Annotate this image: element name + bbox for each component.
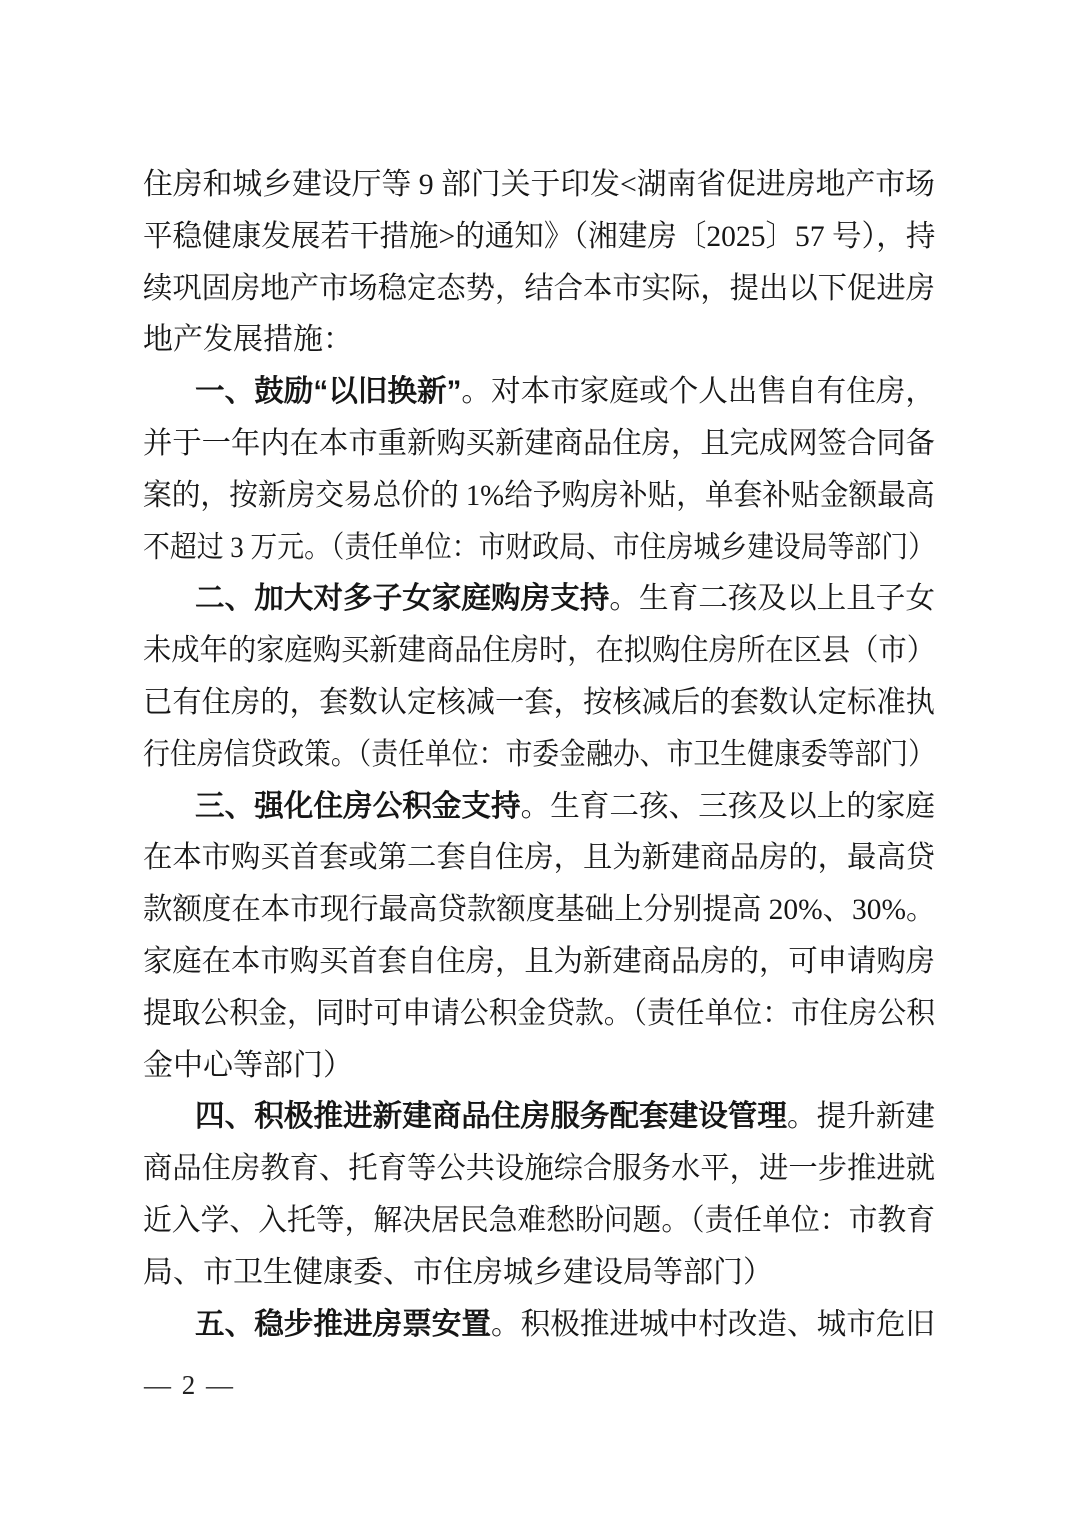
text-line: 并于一年内在本市重新购买新建商品住房，且完成网签合同备 [143, 418, 935, 470]
text-line-content: 商品住房教育、托育等公共设施综合服务水平，进一步推进就 [143, 1143, 935, 1195]
page-number: — 2 — [144, 1370, 235, 1400]
page-footer: — 2 — [144, 1363, 235, 1407]
text-line-content: 局、市卫生健康委、市住房城乡建设局等部门） [143, 1247, 773, 1299]
body-text: 家庭在本市购买首套自住房，且为新建商品房的，可申请购房 [143, 945, 935, 978]
text-line: 续巩固房地产市场稳定态势，结合本市实际，提出以下促进房 [143, 263, 935, 315]
body-text: 。提升新建 [787, 1100, 935, 1133]
text-line-content: 不超过 3 万元。（责任单位：市财政局、市住房城乡建设局等部门） [143, 522, 935, 574]
text-line-content: 并于一年内在本市重新购买新建商品住房，且完成网签合同备 [143, 418, 935, 470]
body-text: 近入学、入托等，解决居民急难愁盼问题。（责任单位：市教育 [143, 1204, 935, 1237]
text-line: 二、加大对多子女家庭购房支持。生育二孩及以上且子女 [143, 573, 935, 625]
text-line: 未成年的家庭购买新建商品住房时，在拟购住房所在区县（市） [143, 625, 935, 677]
body-text: 案的，按新房交易总价的 1%给予购房补贴，单套补贴金额最高 [143, 479, 935, 512]
text-line-content: 一、鼓励“以旧换新”。对本市家庭或个人出售自有住房， [195, 366, 935, 418]
text-line-content: 四、积极推进新建商品住房服务配套建设管理。提升新建 [195, 1091, 935, 1143]
text-line: 局、市卫生健康委、市住房城乡建设局等部门） [143, 1247, 935, 1299]
text-line-content: 续巩固房地产市场稳定态势，结合本市实际，提出以下促进房 [143, 263, 935, 315]
body-text: 提取公积金，同时可申请公积金贷款。（责任单位：市住房公积 [143, 997, 935, 1030]
section-heading: 一、鼓励“以旧换新” [195, 375, 461, 408]
body-text: 局、市卫生健康委、市住房城乡建设局等部门） [143, 1256, 773, 1289]
text-line: 金中心等部门） [143, 1040, 935, 1092]
body-text: 。生育二孩、三孩及以上的家庭 [521, 790, 935, 823]
text-line-content: 款额度在本市现行最高贷款额度基础上分别提高 20%、30%。 [143, 884, 935, 936]
body-text: 平稳健康发展若干措施>的通知》（湘建房〔2025〕57 号），持 [143, 220, 935, 253]
body-text: 行住房信贷政策。（责任单位：市委金融办、市卫生健康委等部门） [143, 738, 935, 771]
text-line-content: 在本市购买首套或第二套自住房，且为新建商品房的，最高贷 [143, 832, 935, 884]
section-heading: 二、加大对多子女家庭购房支持 [195, 582, 609, 615]
text-line: 不超过 3 万元。（责任单位：市财政局、市住房城乡建设局等部门） [143, 522, 935, 574]
body-text: 并于一年内在本市重新购买新建商品住房，且完成网签合同备 [143, 427, 935, 460]
body-text: 款额度在本市现行最高贷款额度基础上分别提高 20%、30%。 [143, 893, 935, 926]
body-text: 商品住房教育、托育等公共设施综合服务水平，进一步推进就 [143, 1152, 935, 1185]
text-line: 在本市购买首套或第二套自住房，且为新建商品房的，最高贷 [143, 832, 935, 884]
text-line-content: 提取公积金，同时可申请公积金贷款。（责任单位：市住房公积 [143, 988, 935, 1040]
body-text: 在本市购买首套或第二套自住房，且为新建商品房的，最高贷 [143, 841, 935, 874]
body-text: 。生育二孩及以上且子女 [609, 582, 935, 615]
text-line: 三、强化住房公积金支持。生育二孩、三孩及以上的家庭 [143, 781, 935, 833]
text-line: 已有住房的，套数认定核减一套，按核减后的套数认定标准执 [143, 677, 935, 729]
body-text: 。积极推进城中村改造、城市危旧 [491, 1308, 935, 1341]
text-line-content: 五、稳步推进房票安置。积极推进城中村改造、城市危旧 [195, 1299, 935, 1351]
text-line: 家庭在本市购买首套自住房，且为新建商品房的，可申请购房 [143, 936, 935, 988]
text-block: 住房和城乡建设厅等 9 部门关于印发<湖南省促进房地产市场平稳健康发展若干措施>… [143, 159, 935, 1350]
text-line-content: 三、强化住房公积金支持。生育二孩、三孩及以上的家庭 [195, 781, 935, 833]
text-line-content: 案的，按新房交易总价的 1%给予购房补贴，单套补贴金额最高 [143, 470, 935, 522]
text-line: 平稳健康发展若干措施>的通知》（湘建房〔2025〕57 号），持 [143, 211, 935, 263]
document-page: 住房和城乡建设厅等 9 部门关于印发<湖南省促进房地产市场平稳健康发展若干措施>… [0, 0, 1074, 1520]
text-line: 住房和城乡建设厅等 9 部门关于印发<湖南省促进房地产市场 [143, 159, 935, 211]
text-line-content: 平稳健康发展若干措施>的通知》（湘建房〔2025〕57 号），持 [143, 211, 935, 263]
text-line: 一、鼓励“以旧换新”。对本市家庭或个人出售自有住房， [143, 366, 935, 418]
section-heading: 五、稳步推进房票安置 [195, 1308, 491, 1341]
text-line: 近入学、入托等，解决居民急难愁盼问题。（责任单位：市教育 [143, 1195, 935, 1247]
text-line-content: 已有住房的，套数认定核减一套，按核减后的套数认定标准执 [143, 677, 935, 729]
text-line-content: 地产发展措施： [143, 314, 353, 366]
text-line: 案的，按新房交易总价的 1%给予购房补贴，单套补贴金额最高 [143, 470, 935, 522]
body-text: 住房和城乡建设厅等 9 部门关于印发<湖南省促进房地产市场 [143, 168, 935, 201]
section-heading: 四、积极推进新建商品住房服务配套建设管理 [195, 1100, 787, 1133]
text-line: 款额度在本市现行最高贷款额度基础上分别提高 20%、30%。 [143, 884, 935, 936]
body-text: 地产发展措施： [143, 323, 353, 356]
body-text: 不超过 3 万元。（责任单位：市财政局、市住房城乡建设局等部门） [143, 531, 935, 564]
text-line: 五、稳步推进房票安置。积极推进城中村改造、城市危旧 [143, 1299, 935, 1351]
text-line: 行住房信贷政策。（责任单位：市委金融办、市卫生健康委等部门） [143, 729, 935, 781]
text-line-content: 近入学、入托等，解决居民急难愁盼问题。（责任单位：市教育 [143, 1195, 935, 1247]
text-line-content: 二、加大对多子女家庭购房支持。生育二孩及以上且子女 [195, 573, 935, 625]
text-line-content: 行住房信贷政策。（责任单位：市委金融办、市卫生健康委等部门） [143, 729, 935, 781]
body-text: 未成年的家庭购买新建商品住房时，在拟购住房所在区县（市） [143, 634, 935, 667]
text-line-content: 未成年的家庭购买新建商品住房时，在拟购住房所在区县（市） [143, 625, 935, 677]
section-heading: 三、强化住房公积金支持 [195, 790, 521, 823]
text-line-content: 金中心等部门） [143, 1040, 353, 1092]
text-line: 地产发展措施： [143, 314, 935, 366]
body-text: 续巩固房地产市场稳定态势，结合本市实际，提出以下促进房 [143, 272, 935, 305]
body-text: 已有住房的，套数认定核减一套，按核减后的套数认定标准执 [143, 686, 935, 719]
text-line: 提取公积金，同时可申请公积金贷款。（责任单位：市住房公积 [143, 988, 935, 1040]
body-text: 。对本市家庭或个人出售自有住房， [461, 375, 935, 408]
body-text: 金中心等部门） [143, 1049, 353, 1082]
text-line-content: 住房和城乡建设厅等 9 部门关于印发<湖南省促进房地产市场 [143, 159, 935, 211]
text-line-content: 家庭在本市购买首套自住房，且为新建商品房的，可申请购房 [143, 936, 935, 988]
text-line: 四、积极推进新建商品住房服务配套建设管理。提升新建 [143, 1091, 935, 1143]
text-line: 商品住房教育、托育等公共设施综合服务水平，进一步推进就 [143, 1143, 935, 1195]
